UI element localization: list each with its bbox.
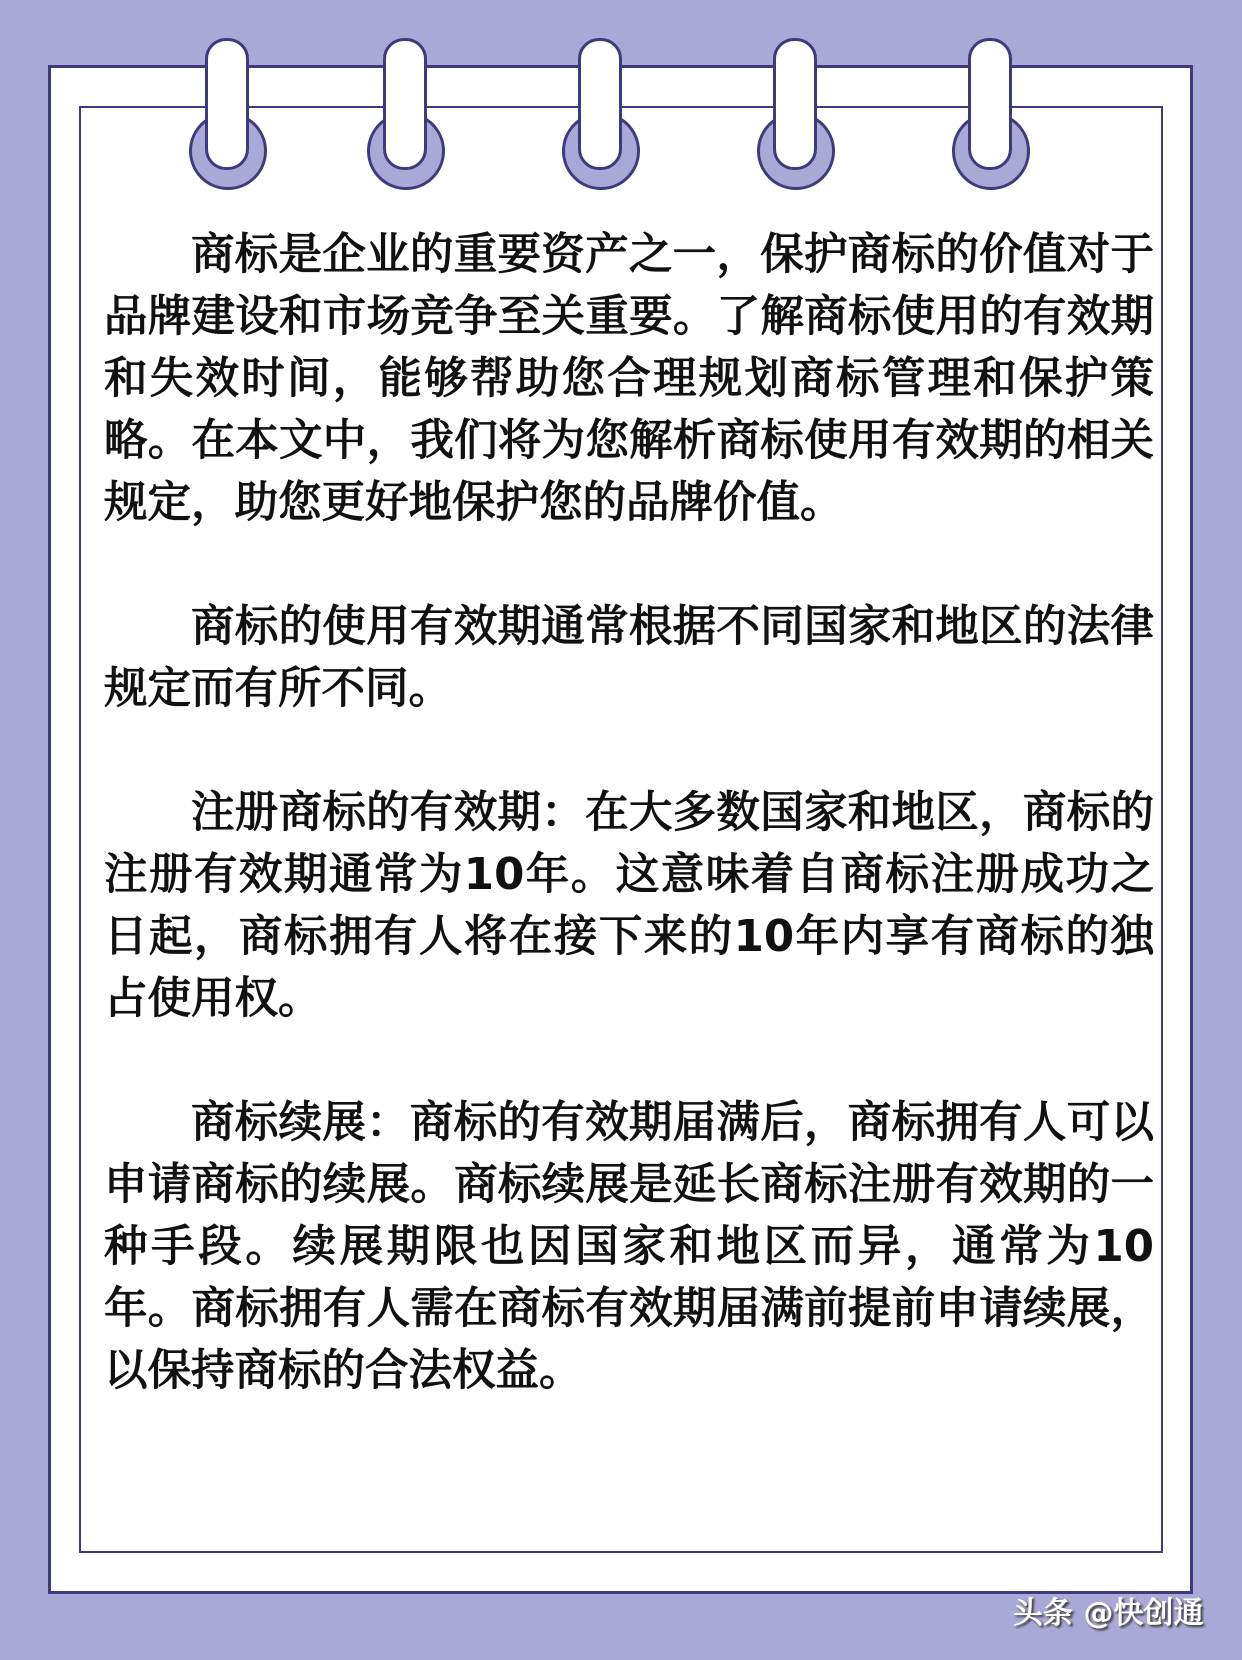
- article-body: 商标是企业的重要资产之一，保护商标的价值对于品牌建设和市场竞争至关重要。了解商标…: [104, 224, 1154, 1402]
- watermark: 头条 @快创通: [1013, 1596, 1203, 1632]
- paragraph-intro: 商标是企业的重要资产之一，保护商标的价值对于品牌建设和市场竞争至关重要。了解商标…: [104, 224, 1154, 534]
- paragraph-renewal: 商标续展：商标的有效期届满后，商标拥有人可以申请商标的续展。商标续展是延长商标注…: [104, 1092, 1154, 1402]
- paragraph-validity-overview: 商标的使用有效期通常根据不同国家和地区的法律规定而有所不同。: [104, 596, 1154, 720]
- paragraph-registration-validity: 注册商标的有效期：在大多数国家和地区，商标的注册有效期通常为10年。这意味着自商…: [104, 782, 1154, 1030]
